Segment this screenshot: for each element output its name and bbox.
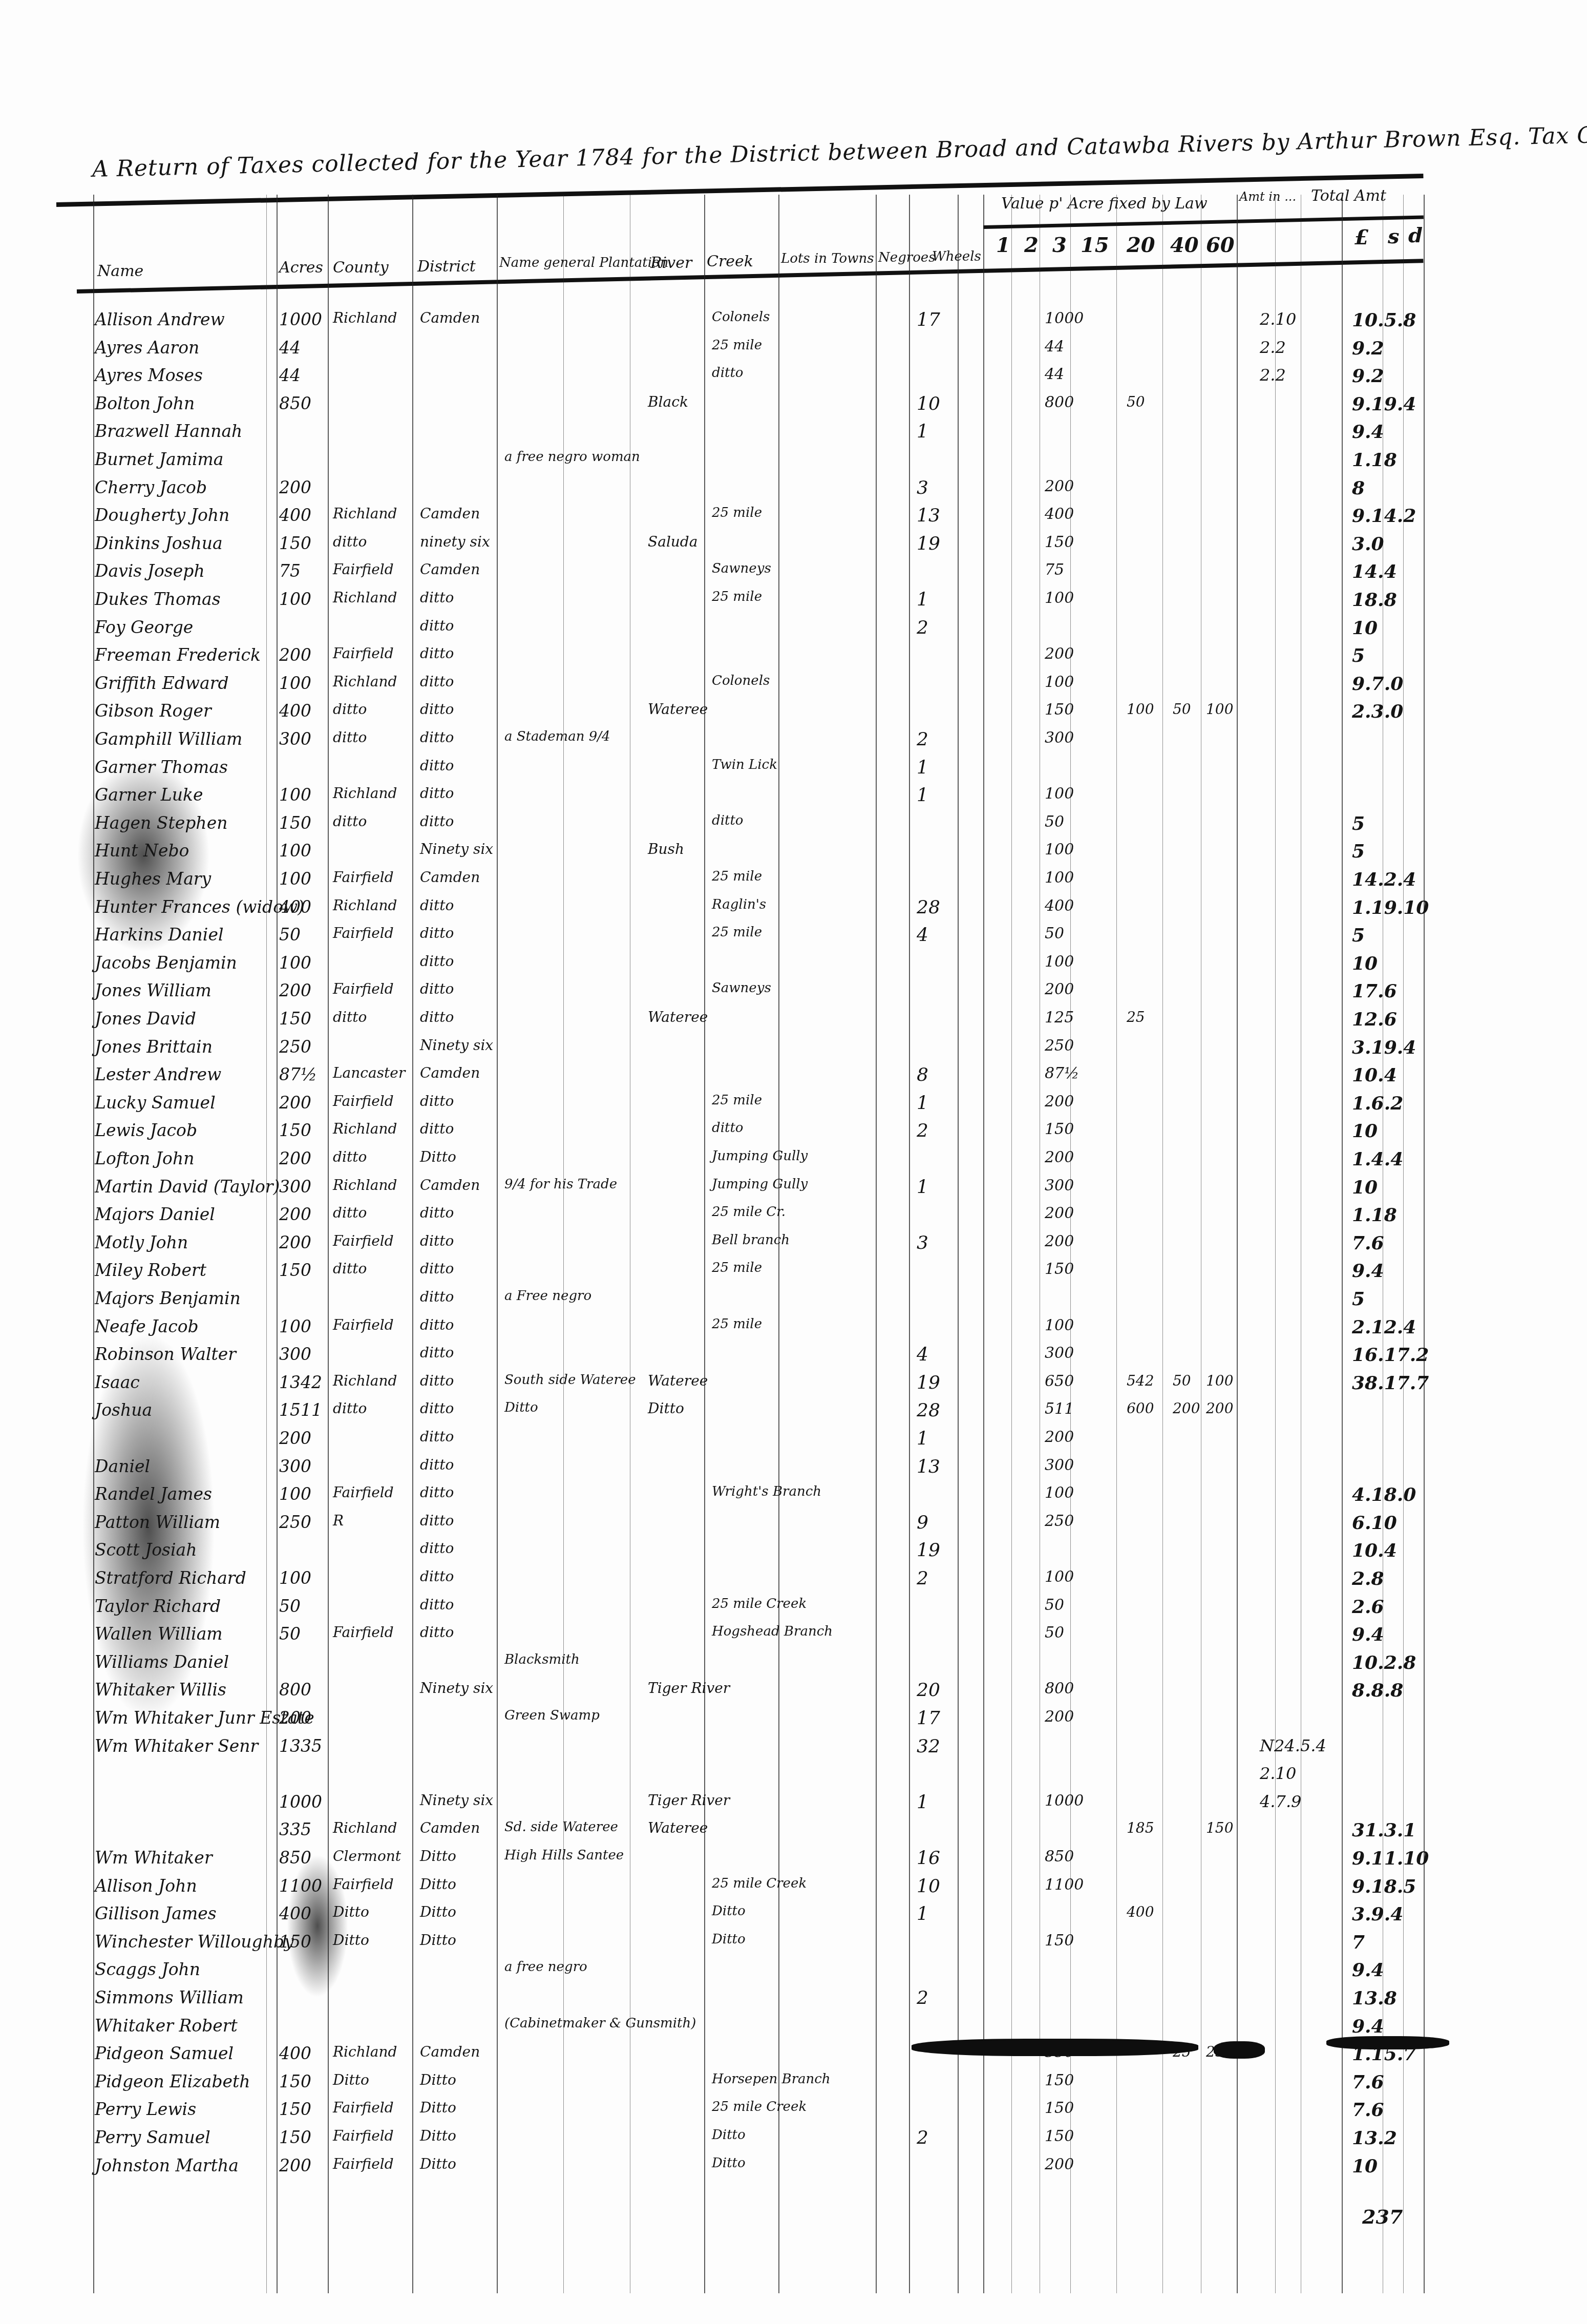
cell-district: ditto xyxy=(420,729,454,746)
cell-creek: Bell branch xyxy=(712,1232,790,1248)
table-row: Dougherty John400RichlandCamden25 mile13… xyxy=(0,503,1587,533)
cell-amount: 2.2 xyxy=(1260,365,1286,385)
table-row: Pidgeon Elizabeth150DittoDittoHorsepen B… xyxy=(0,2069,1587,2099)
cell-negroes: 4 xyxy=(917,925,928,946)
cell-county: Fairfield xyxy=(333,1232,394,1249)
cell-name: Gillison James xyxy=(95,1903,217,1923)
cell-name: Dukes Thomas xyxy=(95,589,221,609)
cell-negroes: 19 xyxy=(917,1372,940,1393)
cell-note: South side Wateree xyxy=(504,1372,636,1388)
cell-v20: 400 xyxy=(1127,1903,1154,1920)
cell-value: 200 xyxy=(1045,1428,1074,1446)
cell-note: a Free negro xyxy=(504,1288,591,1304)
table-row: Randel James100FairfielddittoWright's Br… xyxy=(0,1482,1587,1512)
cell-negroes: 3 xyxy=(917,477,928,498)
header-amount-group: Amt in ... xyxy=(1239,190,1296,204)
cell-negroes: 20 xyxy=(917,1680,940,1701)
cell-acres: 200 xyxy=(279,1204,311,1224)
cell-total: 3.0 xyxy=(1352,533,1384,555)
cell-acres: 300 xyxy=(279,1177,311,1197)
cell-value: 200 xyxy=(1045,980,1074,998)
scan-smudge xyxy=(287,1854,348,1998)
cell-name: Burnet Jamima xyxy=(95,449,224,469)
cell-negroes: 2 xyxy=(917,1987,928,2008)
cell-amount: 4.7.9 xyxy=(1260,1792,1301,1811)
cell-total: 10 xyxy=(1352,2155,1378,2177)
cell-name: Jones William xyxy=(95,980,211,1000)
cell-creek: 25 mile xyxy=(712,869,762,884)
cell-negroes: 13 xyxy=(917,1456,940,1477)
cell-creek: Ditto xyxy=(712,2127,746,2143)
cell-acres: 1000 xyxy=(279,1792,322,1812)
table-row: Garner Luke100Richlandditto1100 xyxy=(0,783,1587,812)
cell-value: 250 xyxy=(1045,1512,1074,1530)
table-row: Robinson Walter300ditto430016.17.2 xyxy=(0,1342,1587,1372)
cell-value: 50 xyxy=(1045,925,1064,943)
table-row: Cherry Jacob20032008 xyxy=(0,475,1587,505)
cell-district: ditto xyxy=(420,1624,454,1641)
cell-acres: 400 xyxy=(279,701,311,721)
cell-creek: 25 mile xyxy=(712,925,762,940)
cell-note: Ditto xyxy=(504,1400,538,1415)
cell-acres: 250 xyxy=(279,1512,311,1532)
table-row: Foy Georgeditto210 xyxy=(0,615,1587,645)
cell-creek: ditto xyxy=(712,365,744,381)
cell-value: 100 xyxy=(1045,869,1074,887)
cell-river: Bush xyxy=(648,841,684,857)
table-row: Isaac1342RichlanddittoSouth side Wateree… xyxy=(0,1370,1587,1400)
cell-name: Simmons William xyxy=(95,1987,244,2007)
cell-creek: Ditto xyxy=(712,1903,746,1919)
cell-negroes: 1 xyxy=(917,1428,928,1449)
cell-name: Bolton John xyxy=(95,393,195,413)
cell-total: 7.6 xyxy=(1352,1232,1384,1254)
cell-note: a free negro xyxy=(504,1959,587,1975)
table-row: Patton William250Rditto92506.10 xyxy=(0,1510,1587,1540)
cell-river: Ditto xyxy=(648,1400,684,1417)
cell-county: ditto xyxy=(333,701,367,718)
cell-name: Motly John xyxy=(95,1232,188,1252)
rate-60: 60 xyxy=(1206,233,1235,257)
table-row: Hunter Frances (widow)400RichlanddittoRa… xyxy=(0,895,1587,925)
cell-acres: 50 xyxy=(279,925,301,945)
cell-acres: 200 xyxy=(279,645,311,665)
cell-county: Fairfield xyxy=(333,2099,394,2116)
cell-value: 150 xyxy=(1045,533,1074,551)
cell-value: 300 xyxy=(1045,1456,1074,1474)
cell-value: 200 xyxy=(1045,477,1074,495)
cell-creek: 25 mile Creek xyxy=(712,1876,807,1891)
cell-total: 10 xyxy=(1352,617,1378,639)
page-total: 237 xyxy=(1362,2205,1403,2228)
cell-acres: 200 xyxy=(279,2155,311,2175)
table-row: Martin David (Taylor)300RichlandCamden9/… xyxy=(0,1175,1587,1204)
cell-name: Davis Joseph xyxy=(95,561,205,581)
table-row: Wm Whitaker Senr133532N24.5.4 xyxy=(0,1734,1587,1764)
cell-district: ditto xyxy=(420,617,454,634)
cell-district: ditto xyxy=(420,1288,454,1305)
cell-district: Camden xyxy=(420,1064,480,1081)
cell-acres: 150 xyxy=(279,1120,311,1140)
cell-name: Wm Whitaker Senr xyxy=(95,1736,258,1756)
cell-value: 150 xyxy=(1045,2127,1074,2145)
cell-total: 9.14.2 xyxy=(1352,505,1416,527)
cell-name: Griffith Edward xyxy=(95,673,229,693)
cell-v20: 100 xyxy=(1127,701,1154,718)
cell-name: Lofton John xyxy=(95,1148,194,1168)
table-row: Perry Lewis150FairfieldDitto25 mile Cree… xyxy=(0,2097,1587,2127)
cell-total: 8 xyxy=(1352,477,1365,499)
cell-creek: Twin Lick xyxy=(712,757,777,772)
cell-acres: 850 xyxy=(279,393,311,413)
cell-total: 10.5.8 xyxy=(1352,309,1416,331)
cell-county: ditto xyxy=(333,1260,367,1277)
cell-total: 9.4 xyxy=(1352,2016,1384,2037)
cell-acres: 200 xyxy=(279,1708,311,1728)
cell-value: 100 xyxy=(1045,1568,1074,1586)
cell-name: Miley Robert xyxy=(95,1260,206,1280)
cell-value: 200 xyxy=(1045,1148,1074,1166)
cell-value: 75 xyxy=(1045,561,1064,579)
cell-negroes: 1 xyxy=(917,421,928,442)
cell-total: 10 xyxy=(1352,953,1378,974)
cell-name: Dougherty John xyxy=(95,505,229,525)
cell-district: ditto xyxy=(420,757,454,774)
cell-total: 1.18 xyxy=(1352,449,1397,471)
table-row: Simmons William213.8 xyxy=(0,1985,1587,2015)
cell-total: 9.7.0 xyxy=(1352,673,1403,695)
cell-v20: 542 xyxy=(1127,1372,1154,1389)
cell-acres: 44 xyxy=(279,365,301,385)
cell-district: Ditto xyxy=(420,2071,456,2088)
cell-county: Richland xyxy=(333,1819,397,1836)
cell-total: 10.4 xyxy=(1352,1540,1397,1561)
header-lots: Lots in Towns xyxy=(781,251,874,266)
cell-negroes: 32 xyxy=(917,1736,940,1757)
header-wheels: Wheels xyxy=(932,249,981,264)
cell-negroes: 1 xyxy=(917,589,928,610)
cell-name: Dinkins Joshua xyxy=(95,533,223,553)
cell-district: Ditto xyxy=(420,1848,456,1865)
cell-county: Ditto xyxy=(333,2071,369,2088)
table-row: Scaggs Johna free negro9.4 xyxy=(0,1957,1587,1987)
cell-negroes: 28 xyxy=(917,1400,940,1421)
cell-county: Richland xyxy=(333,1120,397,1137)
cell-district: Ditto xyxy=(420,2155,456,2172)
cell-creek: Raglin's xyxy=(712,897,766,912)
cell-acres: 335 xyxy=(279,1819,311,1839)
cell-acres: 300 xyxy=(279,729,311,749)
cell-river: Tiger River xyxy=(648,1792,730,1809)
cell-value: 400 xyxy=(1045,505,1074,523)
cell-county: ditto xyxy=(333,1400,367,1417)
cell-district: ditto xyxy=(420,589,454,606)
cell-value: 1000 xyxy=(1045,1792,1084,1810)
cell-amount: 2.2 xyxy=(1260,338,1286,357)
cell-creek: 25 mile xyxy=(712,1316,762,1332)
table-row: Dinkins Joshua150dittoninety sixSaluda19… xyxy=(0,531,1587,561)
cell-negroes: 17 xyxy=(917,1708,940,1729)
cell-total: 8.8.8 xyxy=(1352,1680,1403,1701)
cell-district: ditto xyxy=(420,1372,454,1389)
cell-total: 14.4 xyxy=(1352,561,1397,582)
cell-name: Perry Lewis xyxy=(95,2099,196,2119)
table-row: Wm Whitaker850ClermontDittoHigh Hills Sa… xyxy=(0,1846,1587,1875)
cell-negroes: 1 xyxy=(917,1903,928,1924)
cell-district: Ditto xyxy=(420,1903,456,1920)
table-row: Jacobs Benjamin100ditto10010 xyxy=(0,951,1587,980)
cell-negroes: 10 xyxy=(917,1876,940,1897)
cell-name: Brazwell Hannah xyxy=(95,421,242,441)
table-row: Perry Samuel150FairfieldDittoDitto215013… xyxy=(0,2125,1587,2155)
cell-total: 17.6 xyxy=(1352,980,1397,1002)
cell-total: 18.8 xyxy=(1352,589,1397,611)
cell-acres: 1511 xyxy=(279,1400,322,1420)
table-row: Griffith Edward100RichlanddittoColonels1… xyxy=(0,671,1587,701)
cell-value: 50 xyxy=(1045,1596,1064,1614)
table-row: Hughes Mary100FairfieldCamden25 mile1001… xyxy=(0,867,1587,896)
cell-acres: 300 xyxy=(279,1344,311,1364)
cell-district: ditto xyxy=(420,1484,454,1501)
cell-acres: 200 xyxy=(279,1093,311,1113)
cell-creek: 25 mile xyxy=(712,505,762,520)
cell-acres: 100 xyxy=(279,589,311,609)
cell-district: ditto xyxy=(420,785,454,802)
cell-total: 6.10 xyxy=(1352,1512,1397,1534)
header-district: District xyxy=(417,258,476,276)
cell-name: Cherry Jacob xyxy=(95,477,207,497)
cell-district: ditto xyxy=(420,1316,454,1333)
cell-creek: Colonels xyxy=(712,673,770,688)
cell-negroes: 1 xyxy=(917,1093,928,1114)
cell-total: 5 xyxy=(1352,813,1365,834)
cell-name: Wm Whitaker xyxy=(95,1848,213,1868)
cell-district: ninety six xyxy=(420,533,490,550)
cell-acres: 100 xyxy=(279,953,311,973)
rate-3: 3 xyxy=(1052,233,1067,257)
table-row: Daniel300ditto13300 xyxy=(0,1454,1587,1484)
cell-district: Camden xyxy=(420,1819,480,1836)
scan-smudge xyxy=(77,758,210,953)
table-row: Allison Andrew1000RichlandCamdenColonels… xyxy=(0,307,1587,337)
cell-total: 2.3.0 xyxy=(1352,701,1403,722)
cell-district: ditto xyxy=(420,1009,454,1025)
cell-name: Majors Benjamin xyxy=(95,1288,241,1308)
cell-district: Camden xyxy=(420,309,480,326)
cell-name: Jones Brittain xyxy=(95,1037,213,1057)
cell-value: 150 xyxy=(1045,2099,1074,2117)
cell-creek: 25 mile xyxy=(712,1093,762,1108)
ink-blot xyxy=(912,2039,1198,2056)
cell-v20: 25 xyxy=(1127,1009,1145,1025)
cell-negroes: 19 xyxy=(917,533,940,554)
cell-value: 511 xyxy=(1045,1400,1074,1418)
cell-value: 150 xyxy=(1045,1932,1074,1950)
cell-county: Richland xyxy=(333,1177,397,1194)
cell-negroes: 1 xyxy=(917,1792,928,1813)
cell-district: ditto xyxy=(420,953,454,970)
cell-district: ditto xyxy=(420,1512,454,1529)
cell-creek: Ditto xyxy=(712,1932,746,1947)
cell-district: Ninety six xyxy=(420,1037,493,1054)
cell-district: ditto xyxy=(420,1232,454,1249)
cell-county: ditto xyxy=(333,1009,367,1025)
cell-value: 200 xyxy=(1045,1204,1074,1222)
cell-acres: 800 xyxy=(279,1680,311,1700)
cell-name: Gibson Roger xyxy=(95,701,211,721)
cell-district: Ditto xyxy=(420,1932,456,1949)
cell-county: Fairfield xyxy=(333,1624,394,1641)
cell-acres: 75 xyxy=(279,561,301,581)
cell-total: 1.4.4 xyxy=(1352,1148,1403,1170)
cell-acres: 100 xyxy=(279,1484,311,1504)
cell-county: Richland xyxy=(333,785,397,802)
table-row: Miley Robert150dittoditto25 mile1509.4 xyxy=(0,1258,1587,1288)
table-row: Burnet Jamimaa free negro woman1.18 xyxy=(0,447,1587,477)
cell-district: ditto xyxy=(420,645,454,662)
cell-value: 150 xyxy=(1045,1120,1074,1138)
cell-total: 13.2 xyxy=(1352,2127,1397,2149)
table-row: Majors Benjamindittoa Free negro5 xyxy=(0,1286,1587,1316)
rate-1: 1 xyxy=(996,233,1010,257)
cell-total: 7 xyxy=(1352,1932,1365,1953)
cell-value: 300 xyxy=(1045,1177,1074,1195)
cell-value: 50 xyxy=(1045,1624,1064,1642)
cell-district: Ditto xyxy=(420,2099,456,2116)
cell-value: 100 xyxy=(1045,673,1074,691)
cell-county: R xyxy=(333,1512,344,1529)
header-acres: Acres xyxy=(279,259,323,277)
table-row: Lucky Samuel200Fairfieldditto25 mile1200… xyxy=(0,1091,1587,1120)
cell-total: 9.2 xyxy=(1352,365,1384,387)
cell-creek: 25 mile Creek xyxy=(712,2099,807,2114)
cell-name: Scaggs John xyxy=(95,1959,200,1979)
cell-district: Camden xyxy=(420,2043,480,2060)
cell-district: Ditto xyxy=(420,2127,456,2144)
cell-acres: 200 xyxy=(279,980,311,1000)
cell-district: ditto xyxy=(420,1120,454,1137)
header-total-group: Total Amt xyxy=(1311,187,1386,205)
cell-value: 100 xyxy=(1045,1316,1074,1334)
cell-negroes: 17 xyxy=(917,309,940,330)
cell-acres: 50 xyxy=(279,1624,301,1644)
header-value-group: Value p' Acre fixed by Law xyxy=(1001,195,1208,213)
cell-name: Allison Andrew xyxy=(95,309,225,329)
cell-acres: 1335 xyxy=(279,1736,322,1756)
table-row: Whitaker Willis800Ninety sixTiger River2… xyxy=(0,1678,1587,1707)
cell-v40: 50 xyxy=(1173,1372,1191,1389)
cell-county: Richland xyxy=(333,2043,397,2060)
table-row: Winchester Willoughby150DittoDittoDitto1… xyxy=(0,1930,1587,1959)
cell-v60: 200 xyxy=(1206,1400,1233,1417)
cell-county: ditto xyxy=(333,1204,367,1221)
cell-v20: 50 xyxy=(1127,393,1145,410)
cell-river: Wateree xyxy=(648,701,708,718)
cell-total: 10 xyxy=(1352,1177,1378,1198)
cell-acres: 150 xyxy=(279,2127,311,2147)
cell-value: 800 xyxy=(1045,1680,1074,1698)
cell-name: Perry Samuel xyxy=(95,2127,210,2147)
cell-creek: 25 mile xyxy=(712,1260,762,1275)
cell-county: Richland xyxy=(333,309,397,326)
cell-name: Pidgeon Elizabeth xyxy=(95,2071,250,2091)
cell-river: Black xyxy=(648,393,688,410)
cell-negroes: 2 xyxy=(917,2127,928,2148)
cell-name: Lewis Jacob xyxy=(95,1120,197,1140)
cell-district: Ditto xyxy=(420,1876,456,1893)
table-row: Wallen William50FairfielddittoHogshead B… xyxy=(0,1622,1587,1651)
cell-river: Wateree xyxy=(648,1009,708,1025)
cell-county: Fairfield xyxy=(333,1316,394,1333)
cell-total: 9.4 xyxy=(1352,1260,1384,1282)
table-row: Taylor Richard50ditto25 mile Creek502.6 xyxy=(0,1594,1587,1624)
table-row: Brazwell Hannah19.4 xyxy=(0,419,1587,449)
cell-creek: 25 mile xyxy=(712,589,762,604)
cell-county: Richland xyxy=(333,1372,397,1389)
cell-value: 200 xyxy=(1045,1708,1074,1726)
cell-county: Fairfield xyxy=(333,1093,394,1109)
table-row: Williams DanielBlacksmith10.2.8 xyxy=(0,1650,1587,1680)
table-row: 1000Ninety sixTiger River110004.7.9 xyxy=(0,1790,1587,1819)
cell-value: 200 xyxy=(1045,1093,1074,1111)
cell-value: 150 xyxy=(1045,701,1074,719)
cell-district: Ninety six xyxy=(420,841,493,857)
cell-v40: 200 xyxy=(1173,1400,1200,1417)
cell-value: 100 xyxy=(1045,953,1074,971)
scan-smudge xyxy=(82,1332,215,1721)
cell-negroes: 4 xyxy=(917,1344,928,1365)
cell-total: 14.2.4 xyxy=(1352,869,1416,890)
table-row: Davis Joseph75FairfieldCamdenSawneys7514… xyxy=(0,559,1587,589)
cell-district: ditto xyxy=(420,925,454,941)
table-row: Hunt Nebo100Ninety sixBush1005 xyxy=(0,839,1587,868)
cell-district: Camden xyxy=(420,869,480,886)
cell-v60: 150 xyxy=(1206,1819,1233,1836)
cell-creek: Jumping Gully xyxy=(712,1177,808,1192)
cell-value: 100 xyxy=(1045,785,1074,803)
table-row: Johnston Martha200FairfieldDittoDitto200… xyxy=(0,2153,1587,2183)
cell-value: 850 xyxy=(1045,1848,1074,1866)
cell-district: ditto xyxy=(420,1540,454,1557)
cell-amount: 2.10 xyxy=(1260,309,1296,329)
cell-total: 5 xyxy=(1352,925,1365,946)
table-row: Jones Brittain250Ninety six2503.19.4 xyxy=(0,1035,1587,1064)
cell-total: 12.6 xyxy=(1352,1009,1397,1030)
cell-value: 200 xyxy=(1045,1232,1074,1250)
cell-value: 800 xyxy=(1045,393,1074,411)
cell-value: 300 xyxy=(1045,1344,1074,1362)
cell-acres: 100 xyxy=(279,869,311,889)
cell-total: 5 xyxy=(1352,645,1365,666)
cell-note: Sd. side Wateree xyxy=(504,1819,618,1835)
table-row: Jones David150dittodittoWateree1252512.6 xyxy=(0,1007,1587,1036)
cell-total: 9.19.4 xyxy=(1352,393,1416,415)
cell-total: 1.18 xyxy=(1352,1204,1397,1226)
cell-district: Camden xyxy=(420,1177,480,1194)
table-row: Motly John200FairfielddittoBell branch32… xyxy=(0,1230,1587,1260)
cell-note: Green Swamp xyxy=(504,1708,600,1723)
cell-value: 87½ xyxy=(1045,1064,1079,1082)
ink-blot xyxy=(1214,2041,1265,2059)
cell-total: 1.6.2 xyxy=(1352,1093,1403,1114)
table-row: Lester Andrew87½LancasterCamden887½10.4 xyxy=(0,1062,1587,1092)
cell-name: Winchester Willoughby xyxy=(95,1932,294,1952)
cell-negroes: 16 xyxy=(917,1848,940,1869)
cell-value: 150 xyxy=(1045,2071,1074,2089)
cell-district: ditto xyxy=(420,1456,454,1473)
header-negroes: Negroes xyxy=(878,250,936,265)
cell-negroes: 2 xyxy=(917,617,928,638)
